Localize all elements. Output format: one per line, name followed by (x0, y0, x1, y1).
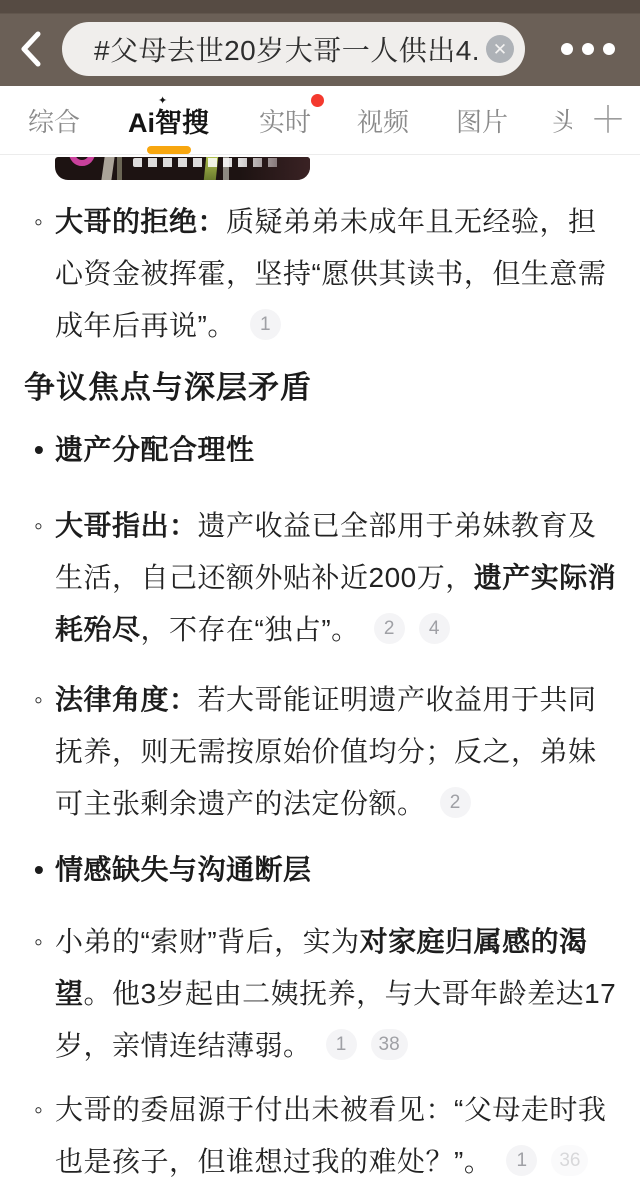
tab-label: 头条 (552, 107, 572, 137)
clear-search-button[interactable]: ✕ (486, 35, 514, 63)
bullet-marker: ◦ (34, 674, 55, 830)
bullet-marker: ◦ (34, 916, 55, 1072)
search-query-text: #父母去世20岁大哥一人供出4... (94, 29, 479, 69)
notification-dot (311, 94, 324, 107)
tab-label: 图片 (456, 107, 508, 137)
citation-badge[interactable]: 38 (371, 1029, 408, 1060)
bullet-item: ◦ 小弟的“索财”背后，实为对家庭归属感的渴望。他3岁起由二姨抚养，与大哥年龄差… (34, 916, 618, 1072)
avatar-ring (69, 157, 95, 166)
ai-answer-content: ◦ 大哥的拒绝：质疑弟弟未成年且无经验，担心资金被挥霍，坚持“愿供其读书，但生意… (0, 157, 640, 1188)
citation-badge[interactable]: 2 (374, 613, 405, 644)
bullet-item: ◦ 大哥的委屈源于付出未被看见：“父母走时我也是孩子，但谁想过我的难处？”。13… (34, 1084, 618, 1188)
bullet-marker: ◦ (34, 1084, 55, 1188)
bullet-item: ◦ 法律角度：若大哥能证明遗产收益用于共同抚养，则无需按原始价值均分；反之，弟妹… (34, 674, 618, 830)
tab-tupian[interactable]: 图片 (456, 102, 508, 139)
tab-toutiao-clipped[interactable]: 头条 (552, 102, 572, 139)
search-results-screen: #父母去世20岁大哥一人供出4... ✕ 综合 Ai智搜 ✦ 实时 视频 图片 (0, 0, 640, 1188)
more-dots-icon (582, 43, 594, 55)
topic-item: • 遗产分配合理性 (34, 424, 618, 476)
more-dots-icon (603, 43, 615, 55)
sparkle-icon: ✦ (158, 94, 167, 107)
citation-badge[interactable]: 1 (250, 309, 281, 340)
bullet-marker: • (34, 844, 55, 896)
active-tab-underline (147, 146, 191, 154)
more-dots-icon (561, 43, 573, 55)
citation-badge[interactable]: 1 (326, 1029, 357, 1060)
thumbnail-detail (101, 157, 114, 180)
citation-badge[interactable]: 2 (440, 787, 471, 818)
tab-ai-zhisou[interactable]: Ai智搜 ✦ (128, 101, 209, 140)
search-header: #父母去世20岁大哥一人供出4... ✕ (0, 0, 640, 86)
citation-badge[interactable]: 36 (551, 1145, 588, 1176)
bullet-text: 大哥的拒绝：质疑弟弟未成年且无经验，担心资金被挥霍，坚持“愿供其读书，但生意需成… (55, 196, 618, 352)
citation-badge[interactable]: 1 (506, 1145, 537, 1176)
tab-shishi[interactable]: 实时 (259, 102, 311, 139)
bullet-marker: ◦ (34, 500, 55, 656)
bullet-marker: • (34, 424, 55, 476)
tab-label: Ai智搜 (128, 108, 209, 138)
more-options-button[interactable] (561, 43, 615, 55)
plus-icon: ＋ (590, 99, 626, 140)
bullet-text: 小弟的“索财”背后，实为对家庭归属感的渴望。他3岁起由二姨抚养，与大哥年龄差达1… (55, 916, 618, 1072)
bullet-text: 法律角度：若大哥能证明遗产收益用于共同抚养，则无需按原始价值均分；反之，弟妹可主… (55, 674, 618, 830)
tab-label: 综合 (28, 107, 80, 137)
bullet-marker: ◦ (34, 196, 55, 352)
search-box[interactable]: #父母去世20岁大哥一人供出4... ✕ (62, 22, 525, 76)
topic-item: • 情感缺失与沟通断层 (34, 844, 618, 896)
thumbnail-detail (117, 157, 122, 180)
topic-text: 情感缺失与沟通断层 (55, 844, 618, 896)
add-tab-button[interactable]: ＋ (590, 102, 626, 138)
chevron-left-icon (20, 31, 42, 67)
video-thumbnail[interactable] (55, 157, 310, 180)
tab-zonghe[interactable]: 综合 (28, 102, 80, 139)
tab-label: 实时 (259, 107, 311, 137)
bullet-item: ◦ 大哥指出：遗产收益已全部用于弟妹教育及生活，自己还额外贴补近200万，遗产实… (34, 500, 618, 656)
bullet-item: ◦ 大哥的拒绝：质疑弟弟未成年且无经验，担心资金被挥霍，坚持“愿供其读书，但生意… (34, 196, 618, 352)
citation-badge[interactable]: 4 (419, 613, 450, 644)
thumbnail-detail (240, 157, 310, 180)
result-tabs: 综合 Ai智搜 ✦ 实时 视频 图片 头条 ＋ (0, 86, 640, 155)
bullet-text: 大哥指出：遗产收益已全部用于弟妹教育及生活，自己还额外贴补近200万，遗产实际消… (55, 500, 618, 656)
section-heading: 争议焦点与深层矛盾 (24, 367, 615, 409)
back-button[interactable] (0, 19, 62, 67)
bullet-text: 大哥的委屈源于付出未被看见：“父母走时我也是孩子，但谁想过我的难处？”。136 (55, 1084, 618, 1188)
tab-shipin[interactable]: 视频 (357, 102, 409, 139)
topic-text: 遗产分配合理性 (55, 424, 618, 476)
close-icon: ✕ (493, 41, 507, 58)
tab-label: 视频 (357, 107, 409, 137)
